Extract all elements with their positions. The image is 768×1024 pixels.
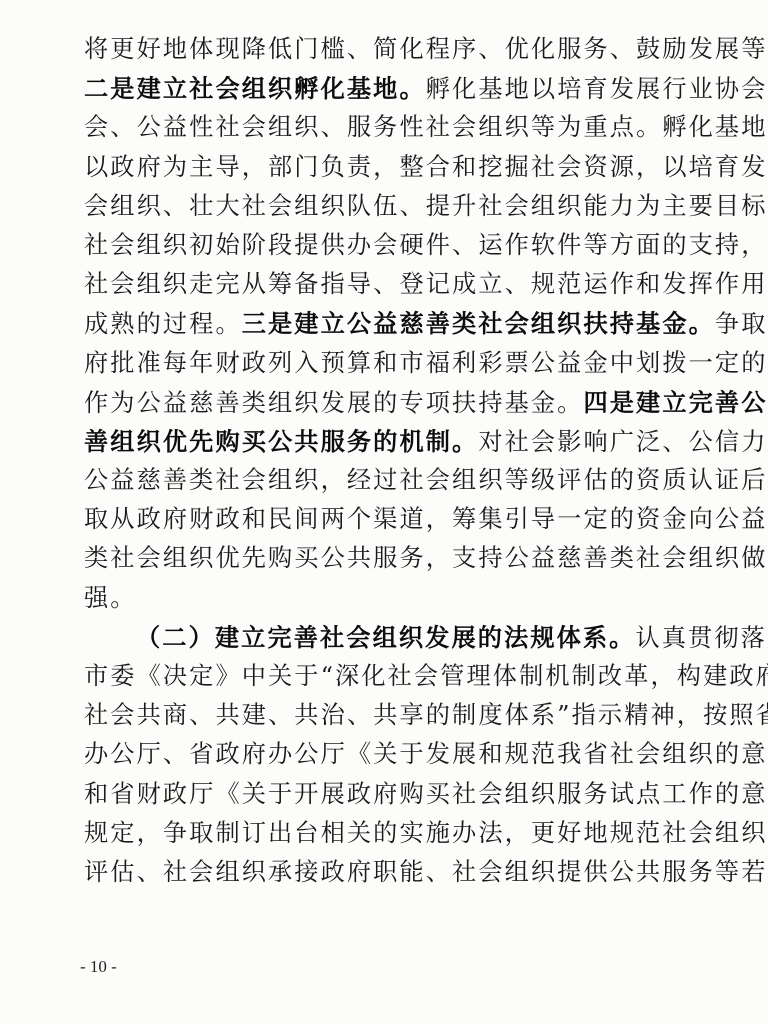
text-line: 将更好地体现降低门槛、简化程序、优化服务、鼓励发展等特点。 <box>84 30 696 69</box>
text-line: 取从政府财政和民间两个渠道，筹集引导一定的资金向公益慈善 <box>84 500 696 539</box>
body-text-segment: 社会组织初始阶段提供办会硬件、运作软件等方面的支持，帮助 <box>84 231 768 259</box>
text-line: 规定，争取制订出台相关的实施办法，更好地规范社会组织等级 <box>84 814 696 853</box>
text-line: 类社会组织优先购买公共服务，支持公益慈善类社会组织做大做 <box>84 539 696 578</box>
body-text-segment: 办公厅、省政府办公厅《关于发展和规范我省社会组织的意见》 <box>84 740 768 768</box>
body-text-segment: 公益慈善类社会组织，经过社会组织等级评估的资质认证后，争 <box>84 466 768 494</box>
text-line: （二）建立完善社会组织发展的法规体系。认真贯彻落实 <box>84 618 696 657</box>
body-text-segment: 认真贯彻落实 <box>635 624 768 652</box>
text-line: 善组织优先购买公共服务的机制。对社会影响广泛、公信力强的 <box>84 422 696 461</box>
page-number: - 10 - <box>80 957 117 977</box>
text-line: 会、公益性社会组织、服务性社会组织等为重点。孵化基地建设 <box>84 108 696 147</box>
text-line: 和省财政厅《关于开展政府购买社会组织服务试点工作的意见》 <box>84 775 696 814</box>
text-line: 府批准每年财政列入预算和市福利彩票公益金中划拨一定的资金 <box>84 344 696 383</box>
text-line: 公益慈善类社会组织，经过社会组织等级评估的资质认证后，争 <box>84 461 696 500</box>
text-line: 强。 <box>84 579 696 618</box>
text-line: 市委《决定》中关于“深化社会管理体制机制改革，构建政府与 <box>84 657 696 696</box>
text-line: 办公厅、省政府办公厅《关于发展和规范我省社会组织的意见》 <box>84 735 696 774</box>
scanned-document-page: 将更好地体现降低门槛、简化程序、优化服务、鼓励发展等特点。二是建立社会组织孵化基… <box>0 0 768 1024</box>
document-body-text: 将更好地体现降低门槛、简化程序、优化服务、鼓励发展等特点。二是建立社会组织孵化基… <box>84 30 696 892</box>
body-text-segment: 作为公益慈善类组织发展的专项扶持基金。 <box>84 389 583 417</box>
body-text-segment: 争取市政 <box>715 310 768 338</box>
body-text-segment: 成熟的过程。 <box>84 310 242 338</box>
text-line: 社会组织初始阶段提供办会硬件、运作软件等方面的支持，帮助 <box>84 226 696 265</box>
body-text-segment: 以政府为主导，部门负责，整合和挖掘社会资源，以培育发展社 <box>84 153 768 181</box>
body-text-segment: 取从政府财政和民间两个渠道，筹集引导一定的资金向公益慈善 <box>84 505 768 533</box>
bold-heading-text: 善组织优先购买公共服务的机制。 <box>84 427 478 456</box>
text-line: 作为公益慈善类组织发展的专项扶持基金。四是建立完善公益慈 <box>84 383 696 422</box>
bold-heading-text: 四是建立完善公益慈 <box>583 388 768 417</box>
body-text-segment: 市委《决定》中关于“深化社会管理体制机制改革，构建政府与 <box>84 662 768 690</box>
body-text-segment: 类社会组织优先购买公共服务，支持公益慈善类社会组织做大做 <box>84 544 768 572</box>
body-text-segment: 规定，争取制订出台相关的实施办法，更好地规范社会组织等级 <box>84 819 768 847</box>
bold-heading-text: 二是建立社会组织孵化基地。 <box>84 74 426 103</box>
body-text-segment: 孵化基地以培育发展行业协会商 <box>426 75 768 103</box>
text-line: 评估、社会组织承接政府职能、社会组织提供公共服务等若干方 <box>84 853 696 892</box>
body-text-segment: 将更好地体现降低门槛、简化程序、优化服务、鼓励发展等特点。 <box>84 35 768 63</box>
text-line: 成熟的过程。三是建立公益慈善类社会组织扶持基金。争取市政 <box>84 304 696 343</box>
body-text-segment: 会组织、壮大社会组织队伍、提升社会组织能力为主要目标，为 <box>84 192 768 220</box>
text-line: 社会共商、共建、共治、共享的制度体系”指示精神，按照省委 <box>84 696 696 735</box>
body-text-segment: 对社会影响广泛、公信力强的 <box>478 428 768 456</box>
text-line: 以政府为主导，部门负责，整合和挖掘社会资源，以培育发展社 <box>84 148 696 187</box>
body-text-segment: 府批准每年财政列入预算和市福利彩票公益金中划拨一定的资金 <box>84 349 768 377</box>
text-line: 会组织、壮大社会组织队伍、提升社会组织能力为主要目标，为 <box>84 187 696 226</box>
body-text-segment: 社会共商、共建、共治、共享的制度体系”指示精神，按照省委 <box>84 701 768 729</box>
body-text-segment: 会、公益性社会组织、服务性社会组织等为重点。孵化基地建设 <box>84 113 768 141</box>
body-text-segment: 强。 <box>84 584 137 612</box>
body-text-segment: 和省财政厅《关于开展政府购买社会组织服务试点工作的意见》 <box>84 780 768 808</box>
bold-heading-text: 三是建立公益慈善类社会组织扶持基金。 <box>242 309 715 338</box>
body-text-segment: 评估、社会组织承接政府职能、社会组织提供公共服务等若干方 <box>84 858 768 886</box>
body-text-segment: 社会组织走完从筹备指导、登记成立、规范运作和发挥作用直至 <box>84 270 768 298</box>
text-line: 二是建立社会组织孵化基地。孵化基地以培育发展行业协会商 <box>84 69 696 108</box>
bold-heading-text: （二）建立完善社会组织发展的法规体系。 <box>136 623 635 652</box>
text-line: 社会组织走完从筹备指导、登记成立、规范运作和发挥作用直至 <box>84 265 696 304</box>
